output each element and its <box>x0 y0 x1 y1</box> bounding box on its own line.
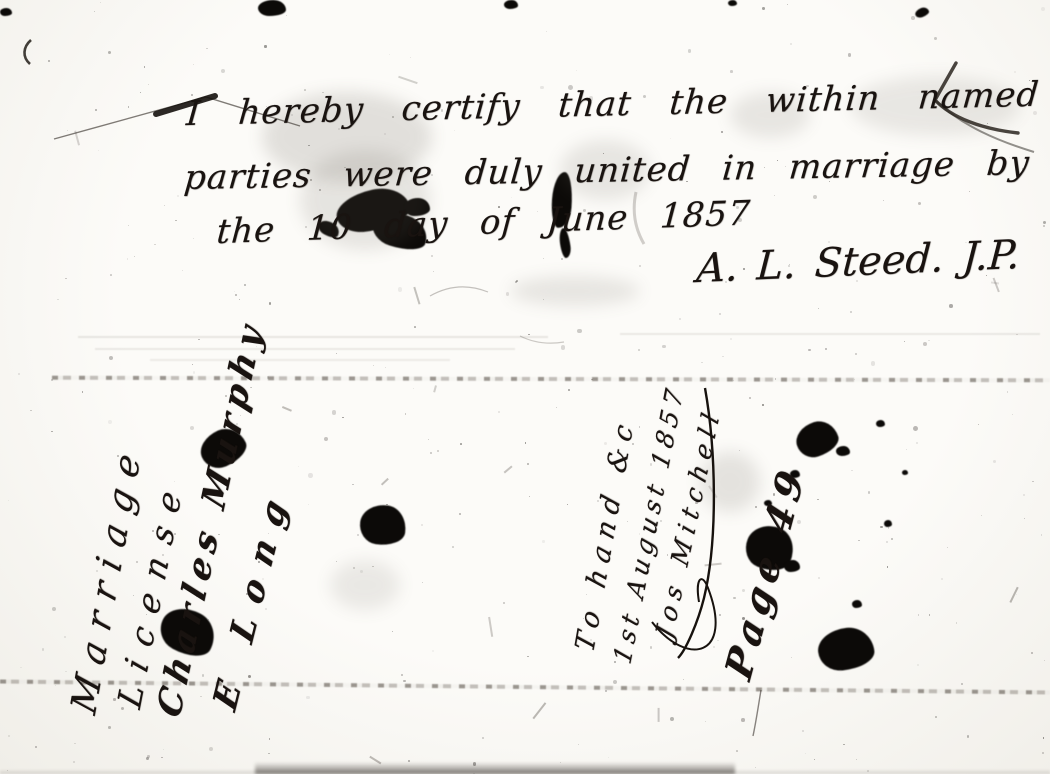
bottom-edge-shade <box>0 769 1050 774</box>
paren-mark <box>24 40 31 64</box>
hair-scratch <box>520 336 564 343</box>
scanned-certificate-page: I hereby certify that the within named p… <box>0 0 1050 774</box>
hair-scratch <box>430 287 488 296</box>
scratch-mark <box>753 690 761 736</box>
